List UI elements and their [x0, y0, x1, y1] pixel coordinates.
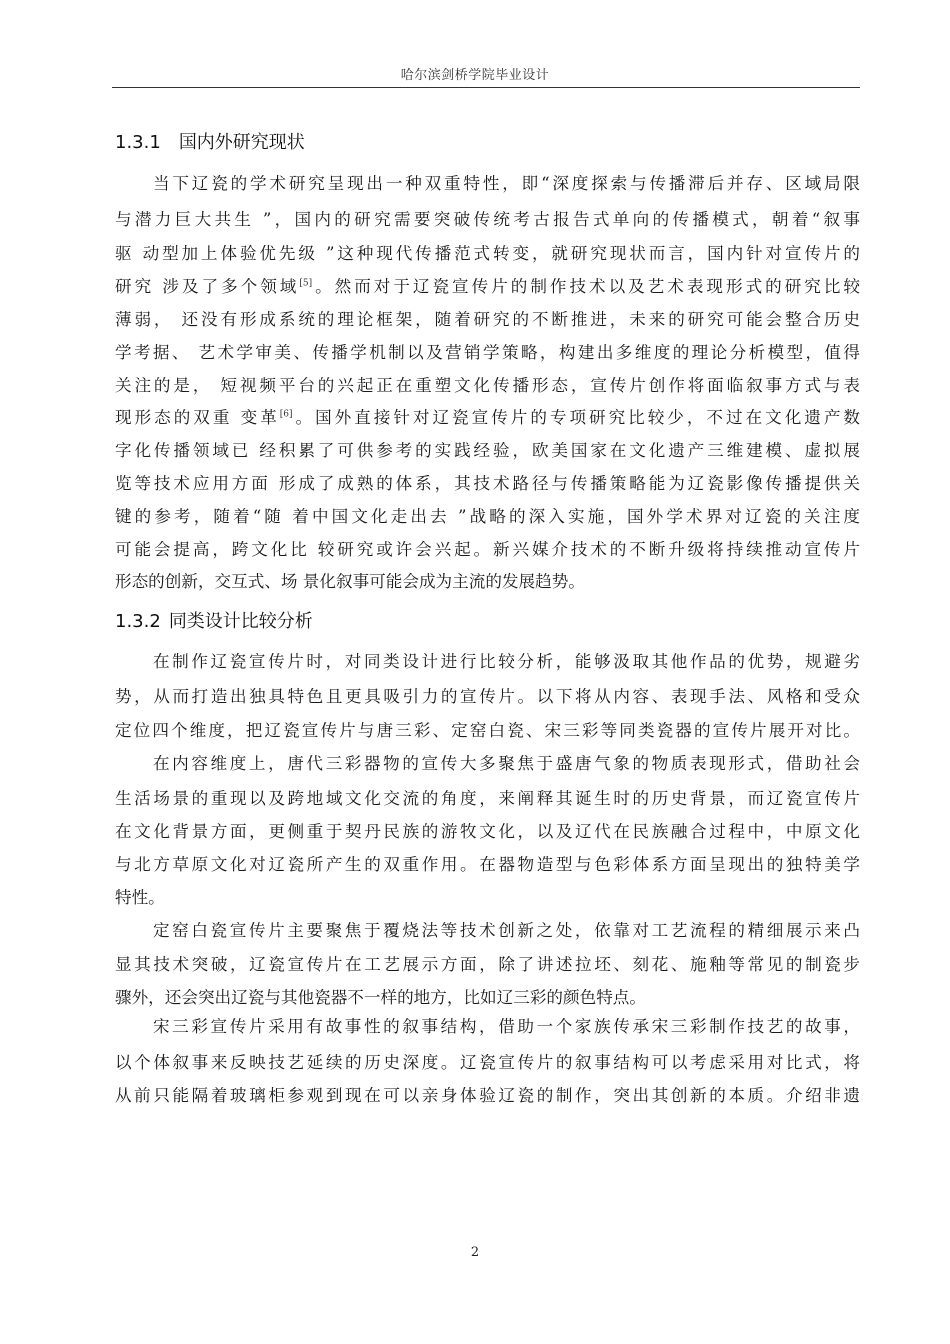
- text-line: 生活场景的重现以及跨地域文化交流的角度，来阐释其诞生时的历史背景，而辽瓷宣传片: [115, 785, 860, 809]
- section-number: 1.3.1: [115, 132, 161, 153]
- text-line: 薄弱， 还没有形成系统的理论框架，随着研究的不断推进，未来的研究可能会整合历史: [115, 306, 860, 330]
- text-line: 可能会提高，跨文化比 较研究或许会兴起。新兴媒介技术的不断升级将持续推动宣传片: [115, 536, 860, 560]
- text-line: 从前只能隔着玻璃柜参观到现在可以亲身体验辽瓷的制作，突出其创新的本质。介绍非遗: [115, 1082, 860, 1106]
- text-line: 学考据、 艺术学审美、传播学机制以及营销学策略，构建出多维度的理论分析模型，值得: [115, 339, 860, 363]
- text-line: 在制作辽瓷宣传片时，对同类设计进行比较分析，能够汲取其他作品的优势，规避劣: [153, 648, 860, 672]
- section-title: 同类设计比较分析: [169, 611, 313, 632]
- section-heading-1-3-1: 1.3.1国内外研究现状: [115, 128, 305, 154]
- text-line: 在文化背景方面，更侧重于契丹民族的游牧文化，以及辽代在民族融合过程中，中原文化: [115, 818, 860, 842]
- text-line: 关注的是， 短视频平台的兴起正在重塑文化传播形态，宣传片创作将面临叙事方式与表: [115, 372, 860, 396]
- text-line: 与北方草原文化对辽瓷所产生的双重作用。在器物造型与色彩体系方面呈现出的独特美学: [115, 851, 860, 875]
- citation-ref: [5]: [299, 278, 312, 288]
- text-line: 势，从而打造出独具特色且更具吸引力的宣传片。以下将从内容、表现手法、风格和受众: [115, 683, 860, 707]
- text-line: 研究 涉及了多个领域[5]。然而对于辽瓷宣传片的制作技术以及艺术表现形式的研究比…: [115, 273, 860, 297]
- text-line: 宋三彩宣传片采用有故事性的叙事结构，借助一个家族传承宋三彩制作技艺的故事，: [153, 1013, 860, 1037]
- text-line: 特性。: [115, 884, 860, 908]
- text-line: 字化传播领域已 经积累了可供参考的实践经验，欧美国家在文化遗产三维建模、虚拟展: [115, 437, 860, 461]
- section-heading-1-3-2: 1.3.2同类设计比较分析: [115, 607, 313, 633]
- text-fragment: 。国外直接针对辽瓷宣传片的专项研究比较少，不过在文化遗产数: [293, 408, 860, 427]
- text-line: 驱 动型加上体验优先级 ”这种现代传播范式转变，就研究现状而言，国内针对宣传片的: [115, 240, 860, 264]
- text-line: 览等技术应用方面 形成了成熟的体系，其技术路径与传播策略能为辽瓷影像传播提供关: [115, 470, 860, 494]
- text-line: 当下辽瓷的学术研究呈现出一种双重特性，即“深度探索与传播滞后并存、区域局限: [153, 170, 860, 194]
- text-fragment: 现形态的双重 变革: [115, 408, 280, 427]
- text-line: 与潜力巨大共生 ”，国内的研究需要突破传统考古报告式单向的传播模式，朝着“叙事: [115, 206, 860, 230]
- text-fragment: 。然而对于辽瓷宣传片的制作技术以及艺术表现形式的研究比较: [312, 277, 860, 296]
- header-title: 哈尔滨剑桥学院毕业设计: [0, 64, 950, 83]
- text-line: 骤外，还会突出辽瓷与其他瓷器不一样的地方，比如辽三彩的颜色特点。: [115, 984, 860, 1008]
- text-line: 在内容维度上，唐代三彩器物的宣传大多聚焦于盛唐气象的物质表现形式，借助社会: [153, 750, 860, 774]
- section-number: 1.3.2: [115, 611, 161, 632]
- text-line: 以个体叙事来反映技艺延续的历史深度。辽瓷宣传片的叙事结构可以考虑采用对比式，将: [115, 1049, 860, 1073]
- text-line: 定位四个维度，把辽瓷宣传片与唐三彩、定窑白瓷、宋三彩等同类瓷器的宣传片展开对比。: [115, 717, 860, 741]
- page-number: 2: [0, 1245, 950, 1260]
- text-line: 键的参考，随着“随 着中国文化走出去 ”战略的深入实施，国外学术界对辽瓷的关注度: [115, 503, 860, 527]
- section-title: 国内外研究现状: [179, 132, 305, 153]
- text-fragment: 研究 涉及了多个领域: [115, 277, 299, 296]
- header-divider: [112, 87, 860, 88]
- text-line: 现形态的双重 变革[6]。国外直接针对辽瓷宣传片的专项研究比较少，不过在文化遗产…: [115, 404, 860, 428]
- citation-ref: [6]: [280, 409, 293, 419]
- text-line: 定窑白瓷宣传片主要聚焦于覆烧法等技术创新之处，依靠对工艺流程的精细展示来凸: [153, 917, 860, 941]
- text-line: 显其技术突破，辽瓷宣传片在工艺展示方面，除了讲述拉坯、刻花、施釉等常见的制瓷步: [115, 951, 860, 975]
- text-line: 形态的创新，交互式、场 景化叙事可能会成为主流的发展趋势。: [115, 568, 860, 592]
